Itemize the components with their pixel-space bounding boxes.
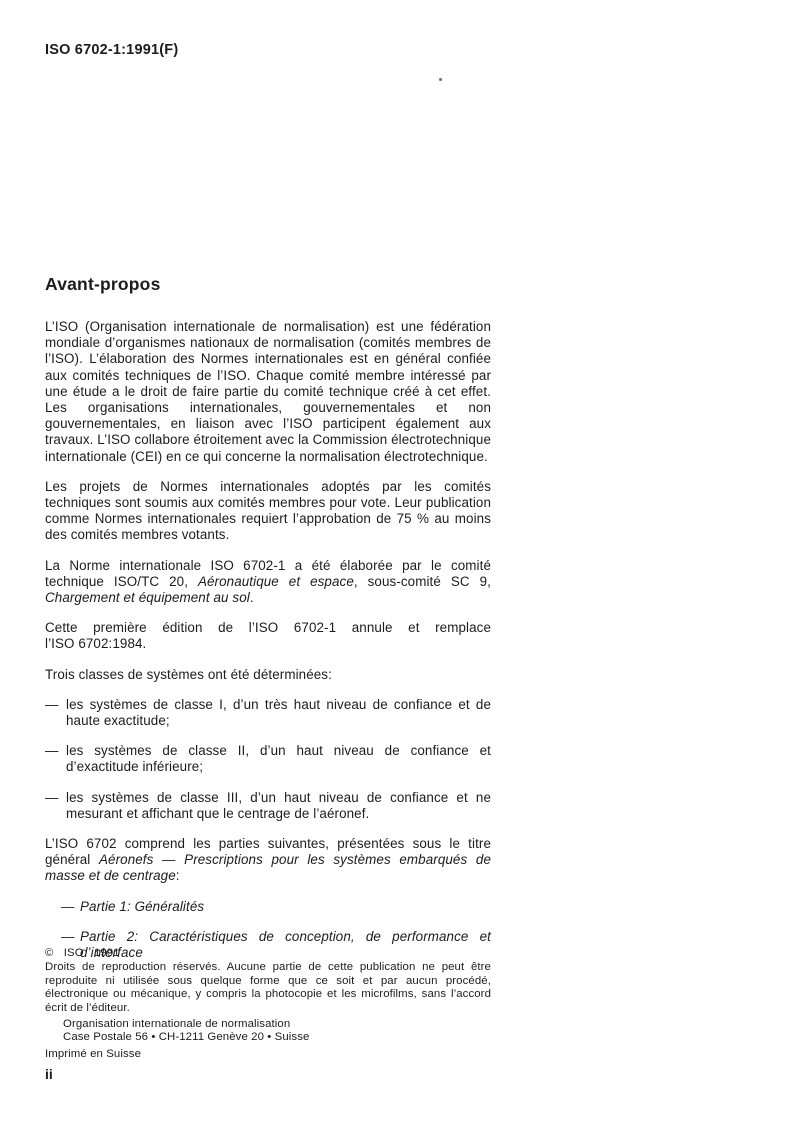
section-title: Avant-propos — [45, 274, 491, 295]
list-item-part-1: — Partie 1: Généralités — [61, 899, 491, 915]
publisher-location: Case Postale 56 • CH-1211 Genève 20 • Su… — [63, 1031, 491, 1044]
foreword-section: Avant-propos L’ISO (Organisation interna… — [45, 274, 491, 975]
paragraph-draft-votes: Les projets de Normes internationales ad… — [45, 479, 491, 544]
publisher-name: Organisation internationale de normalisa… — [63, 1018, 491, 1031]
list-item-class-3: — les systèmes de classe III, d’un haut … — [45, 790, 491, 822]
list-item-class-2: — les systèmes de classe II, d’un haut n… — [45, 743, 491, 775]
paragraph-edition: Cette première édition de l’ISO 6702-1 a… — [45, 620, 491, 652]
rights-text: Droits de reproduction réservés. Aucune … — [45, 961, 491, 1015]
paragraph-iso-intro: L’ISO (Organisation internationale de no… — [45, 319, 491, 465]
italic-run-series-title: Aéronefs — Prescriptions pour les systèm… — [45, 852, 491, 883]
italic-run-subcommittee-name: Chargement et équipement au sol — [45, 590, 250, 605]
document-page: ISO 6702-1:1991(F) Avant-propos L’ISO (O… — [0, 0, 797, 1122]
text-run: : — [176, 868, 180, 883]
paragraph-series-title: L’ISO 6702 comprend les parties suivante… — [45, 836, 491, 885]
list-item-text: Partie 1: Généralités — [80, 899, 491, 915]
printed-in: Imprimé en Suisse — [45, 1048, 491, 1061]
text-run: , sous-comité SC 9, — [354, 574, 491, 589]
paragraph-committee: La Norme internationale ISO 6702-1 a été… — [45, 558, 491, 607]
dash-marker: — — [61, 899, 80, 915]
list-item-class-1: — les systèmes de classe I, d’un très ha… — [45, 697, 491, 729]
text-run: . — [250, 590, 254, 605]
dash-marker: — — [45, 697, 66, 729]
list-item-text: les systèmes de classe III, d’un haut ni… — [66, 790, 491, 822]
publisher-address: Organisation internationale de normalisa… — [45, 1018, 491, 1045]
copyright-line: © ISO 1991 — [45, 947, 491, 960]
dash-marker: — — [45, 743, 66, 775]
paragraph-classes-intro: Trois classes de systèmes ont été déterm… — [45, 667, 491, 683]
page-number: ii — [45, 1066, 53, 1082]
list-item-text: les systèmes de classe I, d’un très haut… — [66, 697, 491, 729]
dash-marker: — — [45, 790, 66, 822]
copyright-block: © ISO 1991 Droits de reproduction réserv… — [45, 947, 491, 1061]
scan-artifact-dot — [439, 78, 442, 81]
list-item-text: les systèmes de classe II, d’un haut niv… — [66, 743, 491, 775]
doc-reference: ISO 6702-1:1991(F) — [45, 42, 178, 58]
italic-run-committee-name: Aéronautique et espace — [198, 574, 354, 589]
